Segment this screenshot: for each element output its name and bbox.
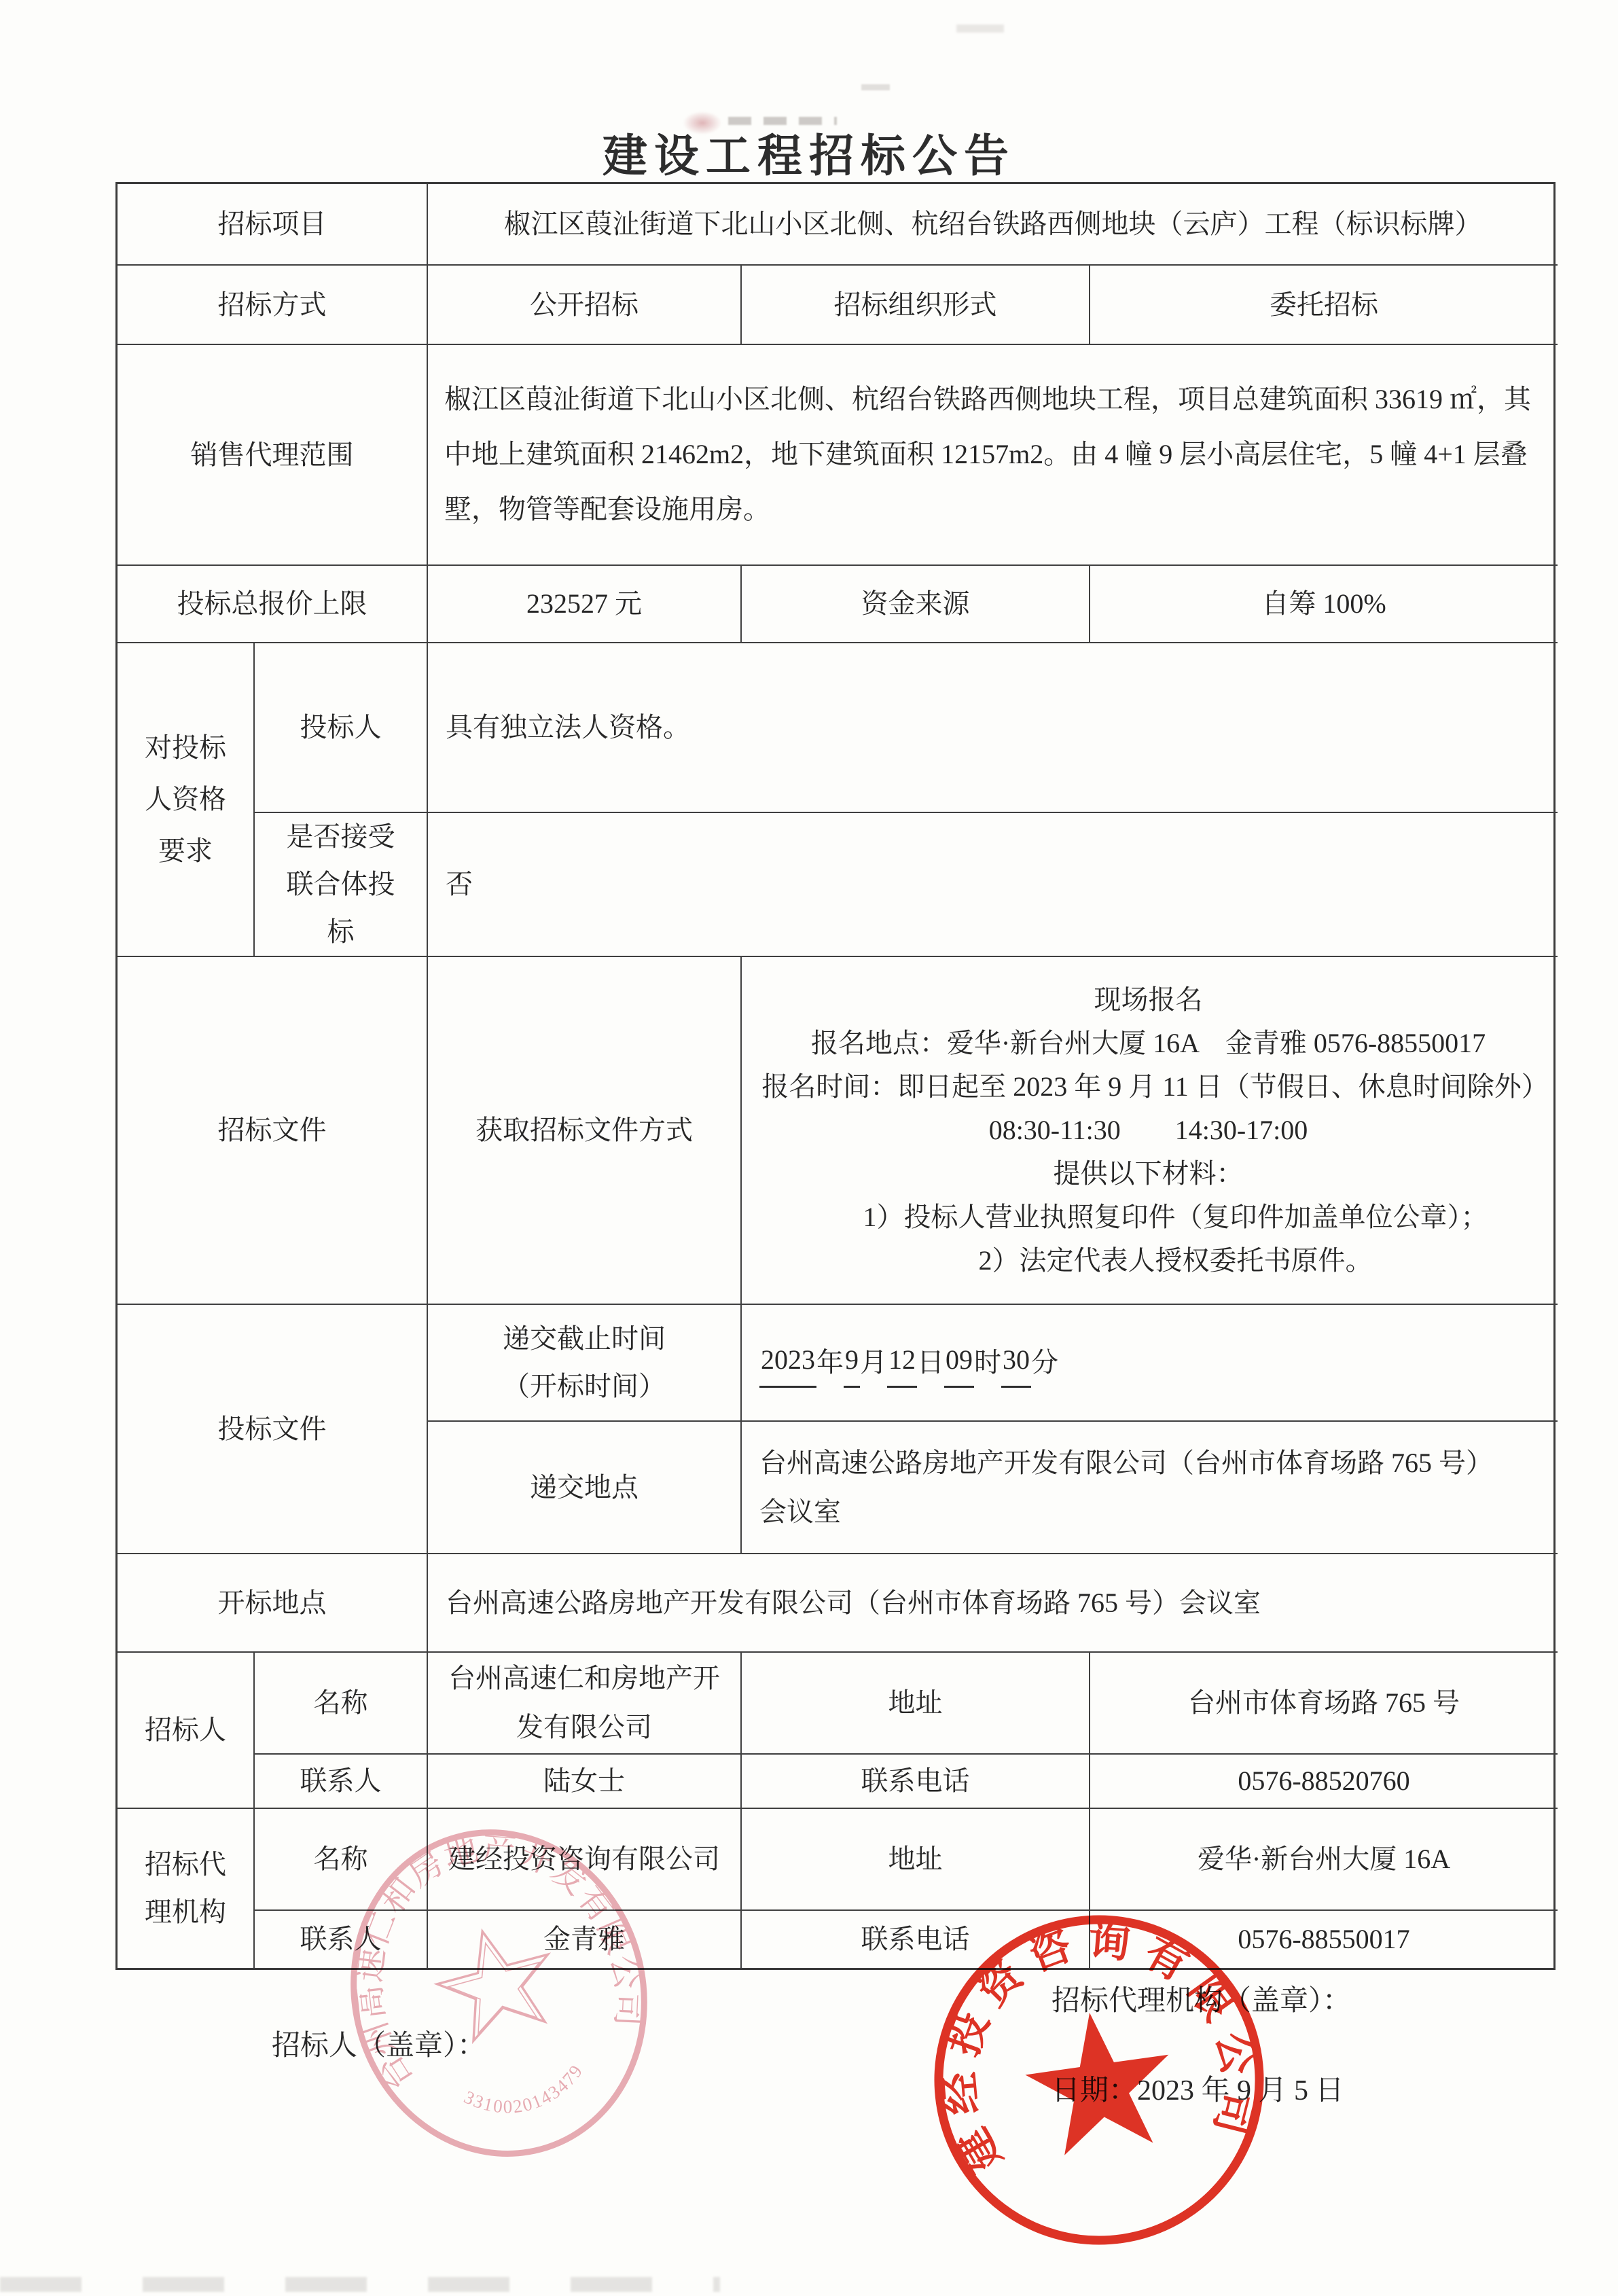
- agency-contact-value: 金青雅: [427, 1909, 740, 1968]
- bid-doc-line: 报名时间：即日起至 2023 年 9 月 11 日（节假日、休息时间除外）08:…: [758, 1065, 1539, 1152]
- submission-place-label: 递交地点: [427, 1420, 740, 1553]
- svg-text:3310020143479: 3310020143479: [457, 2056, 595, 2131]
- tenderer-label: 招标人: [118, 1651, 253, 1808]
- scan-smudge-gray: [861, 84, 890, 90]
- scan-smudge-bottom: [0, 2277, 720, 2292]
- tenderer-name-label: 名称: [253, 1651, 427, 1753]
- consortium-value: 否: [427, 812, 1558, 956]
- bid-docs-method-label: 获取招标文件方式: [427, 956, 740, 1304]
- tenderer-name-value: 台州高速仁和房地产开发有限公司: [427, 1651, 740, 1753]
- bidder-label: 投标人: [253, 642, 427, 812]
- bid-doc-line: 1）投标人营业执照复印件（复印件加盖单位公章）；: [809, 1196, 1488, 1239]
- consortium-label: 是否接受联合体投标: [253, 812, 427, 956]
- scanned-document-page: 建设工程招标公告 招标项目 椒江区葭沚街道下北山小区北侧、杭绍台铁路西侧地块（云…: [0, 0, 1618, 2296]
- funding-source-value: 自筹 100%: [1089, 564, 1558, 642]
- method-label: 招标方式: [118, 264, 427, 344]
- deadline-number: 2023: [759, 1338, 816, 1388]
- deadline-number: 09: [944, 1338, 974, 1388]
- agency-addr-label: 地址: [740, 1808, 1089, 1909]
- bid-doc-line: 2）法定代表人授权委托书原件。: [924, 1239, 1373, 1282]
- deadline-unit: 日: [917, 1341, 944, 1384]
- deadline-unit: 分: [1031, 1341, 1058, 1384]
- bid-docs-label: 招标文件: [118, 956, 427, 1304]
- project-value: 椒江区葭沚街道下北山小区北侧、杭绍台铁路西侧地块（云庐）工程（标识标牌）: [427, 184, 1558, 264]
- bidding-announcement-table: 招标项目 椒江区葭沚街道下北山小区北侧、杭绍台铁路西侧地块（云庐）工程（标识标牌…: [115, 182, 1556, 1970]
- page-title: 建设工程招标公告: [0, 120, 1618, 184]
- tenderer-addr-value: 台州市体育场路 765 号: [1089, 1651, 1558, 1753]
- scan-smudge-gray: [956, 24, 1004, 33]
- scope-value: 椒江区葭沚街道下北山小区北侧、杭绍台铁路西侧地块工程，项目总建筑面积 33619…: [427, 344, 1558, 564]
- organization-form-label: 招标组织形式: [740, 264, 1089, 344]
- deadline-label: 递交截止时间 （开标时间）: [427, 1304, 740, 1420]
- tenderer-seal-label: 招标人（盖章）：: [272, 2023, 486, 2064]
- tenderer-phone-value: 0576-88520760: [1089, 1753, 1558, 1808]
- bid-doc-line: 现场报名: [1094, 978, 1203, 1022]
- opening-place-value: 台州高速公路房地产开发有限公司（台州市体育场路 765 号）会议室: [427, 1553, 1558, 1651]
- tender-docs-label: 投标文件: [118, 1304, 427, 1553]
- agency-addr-value: 爱华·新台州大厦 16A: [1089, 1808, 1558, 1909]
- tenderer-addr-label: 地址: [740, 1651, 1089, 1753]
- tenderer-contact-label: 联系人: [253, 1753, 427, 1808]
- agency-seal-label: 招标代理机构（盖章）：: [1051, 1978, 1351, 2019]
- price-cap-label: 投标总报价上限: [118, 564, 427, 642]
- tenderer-contact-value: 陆女士: [427, 1753, 740, 1808]
- date-line: 日期：2023 年 9 月 5 日: [1051, 2068, 1344, 2109]
- bidder-requirement-value: 具有独立法人资格。: [427, 642, 1558, 812]
- agency-name-label: 名称: [253, 1808, 427, 1909]
- method-value: 公开招标: [427, 264, 740, 344]
- deadline-number: 30: [1001, 1338, 1031, 1388]
- deadline-value: 2023 年 9 月 12 日 09 时 30 分: [740, 1304, 1558, 1420]
- agency-contact-label: 联系人: [253, 1909, 427, 1968]
- deadline-number: 12: [887, 1338, 917, 1388]
- agency-label: 招标代理机构: [118, 1808, 253, 1968]
- submission-place-value: 台州高速公路房地产开发有限公司（台州市体育场路 765 号）会议室: [740, 1420, 1558, 1553]
- deadline-unit: 时: [974, 1341, 1001, 1384]
- qualification-label: 对投标人资格要求: [118, 642, 253, 956]
- project-label: 招标项目: [118, 184, 427, 264]
- organization-form-value: 委托招标: [1089, 264, 1558, 344]
- deadline-unit: 月: [860, 1341, 887, 1384]
- deadline-unit: 年: [816, 1341, 844, 1384]
- scope-label: 销售代理范围: [118, 344, 427, 564]
- tenderer-phone-label: 联系电话: [740, 1753, 1089, 1808]
- bid-doc-line: 提供以下材料：: [1054, 1152, 1244, 1196]
- price-cap-value: 232527 元: [427, 564, 740, 642]
- stamp-number-text: 3310020143479: [457, 2056, 595, 2131]
- agency-phone-value: 0576-88550017: [1089, 1909, 1558, 1968]
- bid-docs-method-value: 现场报名报名地点：爱华·新台州大厦 16A 金青雅 0576-88550017报…: [740, 956, 1558, 1304]
- opening-place-label: 开标地点: [118, 1553, 427, 1651]
- funding-source-label: 资金来源: [740, 564, 1089, 642]
- agency-name-value: 建经投资咨询有限公司: [427, 1808, 740, 1909]
- deadline-number: 9: [844, 1338, 860, 1388]
- bid-doc-line: 报名地点：爱华·新台州大厦 16A 金青雅 0576-88550017: [811, 1022, 1486, 1065]
- agency-phone-label: 联系电话: [740, 1909, 1089, 1968]
